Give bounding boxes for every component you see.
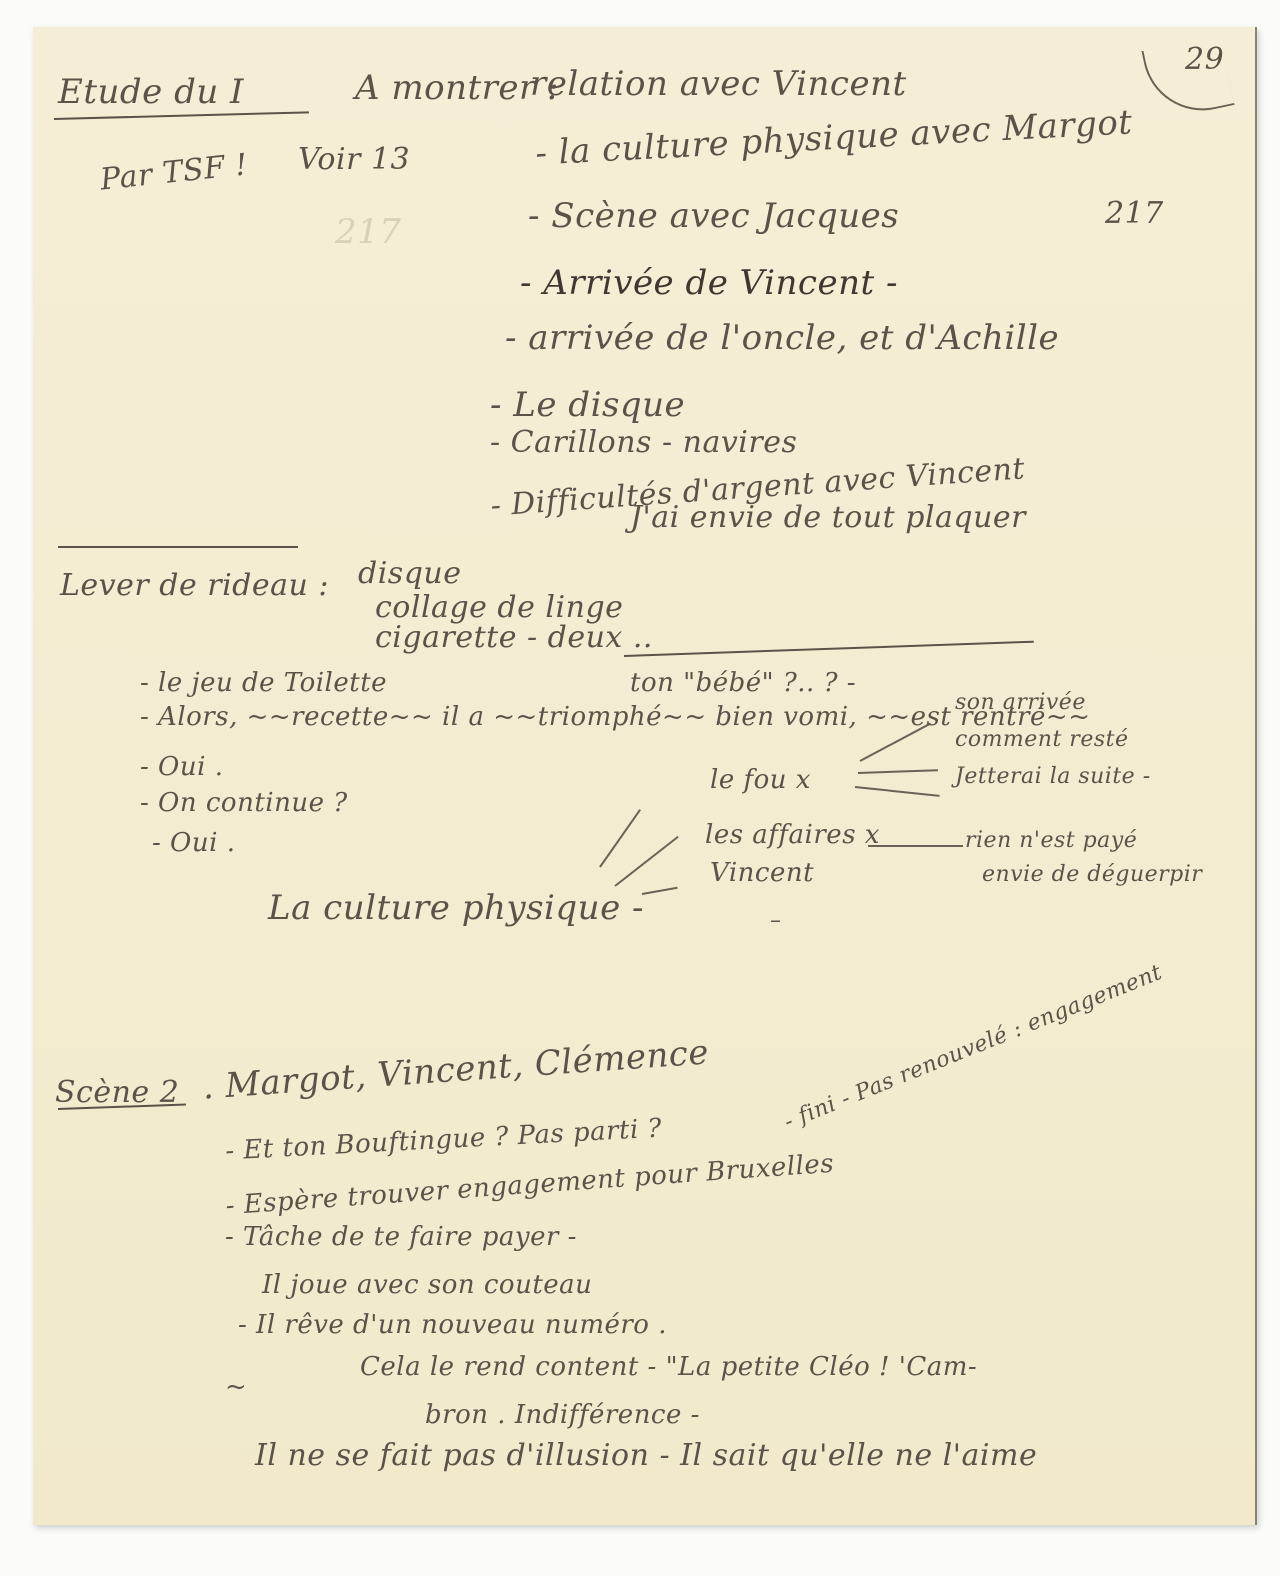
scene-line: Il joue avec son couteau: [262, 1270, 592, 1300]
diagram-note: comment resté: [955, 727, 1129, 752]
to-show-item: - Arrivée de Vincent -: [520, 263, 898, 303]
scene-line: bron . Indifférence -: [425, 1400, 700, 1430]
to-show-item: J'ai envie de tout plaquer: [630, 500, 1026, 535]
to-show-item: - Scène avec Jacques: [528, 196, 899, 236]
margin-mark: ~: [225, 1372, 247, 1402]
curtain-item: disque: [358, 556, 461, 591]
to-show-label: A montrer :: [355, 68, 559, 108]
section-divider: [58, 546, 298, 548]
page-number: 29: [1185, 42, 1224, 77]
dialogue-line: - Oui .: [140, 752, 223, 782]
diagram-branch: les affaires x: [705, 820, 880, 850]
diagram-note: Jetterai la suite -: [955, 764, 1151, 789]
to-show-item: relation avec Vincent: [530, 64, 907, 104]
dialogue-line: - On continue ?: [140, 788, 348, 818]
section-heading: Lever de rideau :: [60, 568, 329, 603]
dialogue-line: ton "bébé" ?.. ? -: [630, 668, 856, 698]
diagram-note: envie de déguerpir: [982, 862, 1202, 887]
to-show-item: - Le disque: [490, 385, 685, 425]
connector-line: [868, 845, 963, 847]
dialogue-line: - Alors, ~~recette~~ il a ~~triomphé~~ b…: [140, 702, 1091, 732]
diagram-root: La culture physique -: [268, 888, 644, 928]
diagram-note: rien n'est payé: [965, 828, 1137, 853]
scene-line: - Tâche de te faire payer -: [225, 1222, 577, 1252]
scene-line: - Il rêve d'un nouveau numéro .: [238, 1310, 667, 1340]
scene-line: Il ne se fait pas d'illusion - Il sait q…: [255, 1438, 1037, 1473]
page-title: Etude du I: [58, 72, 244, 112]
to-show-item: - Carillons - navires: [490, 425, 797, 460]
diagram-branch: le fou x: [710, 765, 811, 795]
diagram-note: son arrivée: [955, 690, 1086, 715]
side-note: Voir 13: [298, 142, 410, 177]
curtain-item: cigarette - deux ..: [375, 620, 653, 655]
archive-number: 217: [1105, 196, 1164, 231]
faint-offset-number: 217: [335, 212, 401, 252]
stray-dash: –: [770, 908, 782, 933]
to-show-item: - arrivée de l'oncle, et d'Achille: [505, 318, 1059, 358]
dialogue-line: - Oui .: [152, 828, 235, 858]
diagram-branch: Vincent: [710, 858, 814, 888]
scene-line: Cela le rend content - "La petite Cléo !…: [360, 1352, 977, 1382]
dialogue-line: - le jeu de Toilette: [140, 668, 387, 698]
